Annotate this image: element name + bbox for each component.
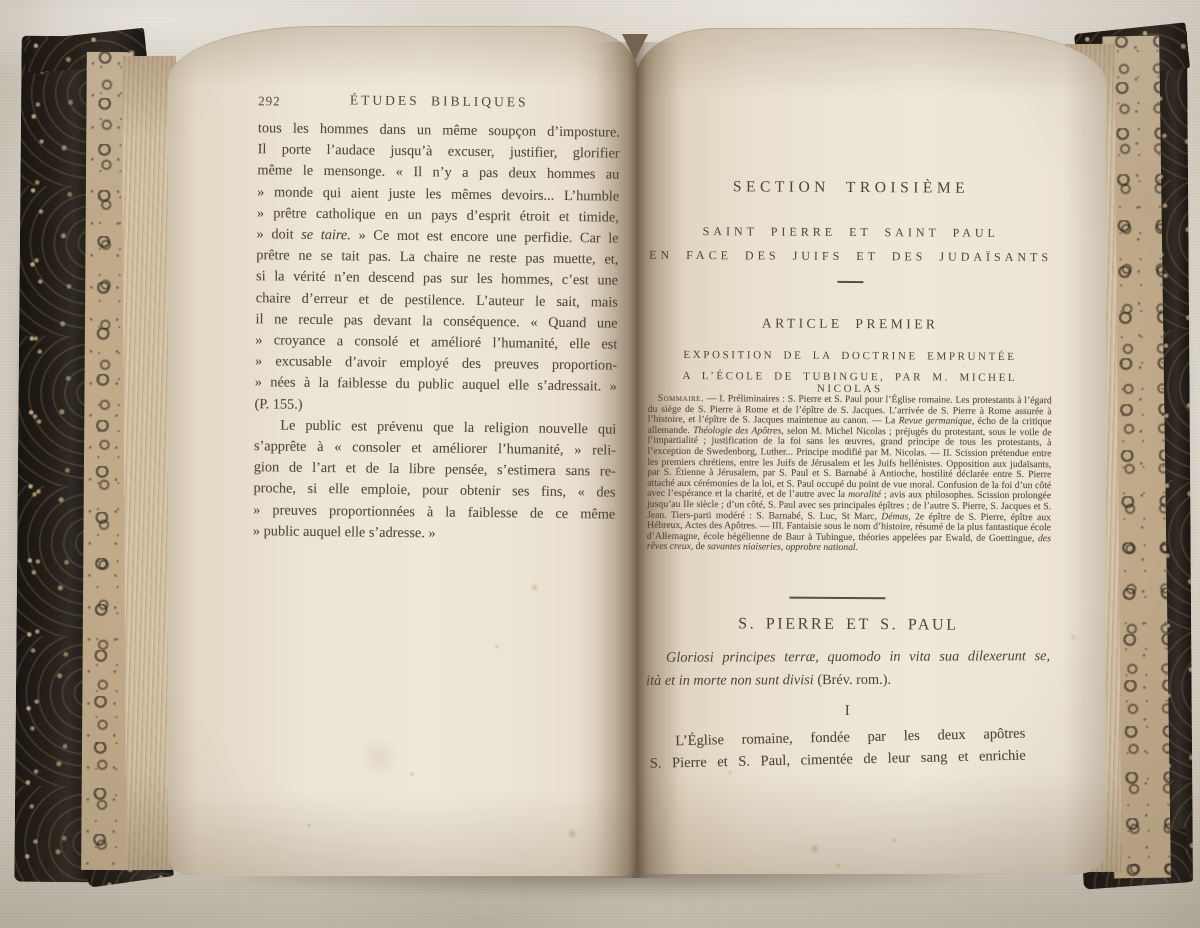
sommaire-abstract: Sommaire. — I. Préliminaires : S. Pierre… xyxy=(647,394,1052,555)
separator-rule-small xyxy=(837,281,863,283)
running-header: ÉTUDES BIBLIQUES xyxy=(350,92,529,109)
italic-text: ità et in morte non sunt divisi xyxy=(646,672,817,689)
text-segment: (Brév. rom.). xyxy=(817,672,891,688)
text-line: ità et in morte non sunt divisi (Brév. r… xyxy=(646,668,1050,693)
italic-text: opprobre national xyxy=(786,542,856,553)
article-subtitle-line1: EXPOSITION DE LA DOCTRINE EMPRUNTÉE xyxy=(648,349,1052,363)
text-line: Gloriosi principes terræ, quomodo in vit… xyxy=(646,645,1050,670)
page-number: 292 xyxy=(258,93,281,109)
left-page-text: 292 ÉTUDES BIBLIQUES tous les hommes dan… xyxy=(162,24,642,879)
section-subtitle-line2: EN FACE DES JUIFS ET DES JUDAÏSANTS xyxy=(649,248,1053,265)
separator-rule-large xyxy=(790,597,886,599)
small-caps-label: Sommaire. xyxy=(658,393,704,404)
article-heading: ARTICLE PREMIER xyxy=(648,315,1052,333)
right-page: SECTION TROISIÈME SAINT PIERRE ET SAINT … xyxy=(636,28,1106,874)
section-subtitle-line1: SAINT PIERRE ET SAINT PAUL xyxy=(649,224,1053,241)
left-page-body: tous les hommes dans un même soupçon d’i… xyxy=(253,118,620,546)
text-line: » public auquel elle s’adresse. » xyxy=(253,521,615,547)
chapter-heading: S. PIERRE ET S. PAUL xyxy=(646,615,1050,635)
italic-text: moralité xyxy=(848,489,881,500)
gutter-notch-shadow xyxy=(622,34,648,60)
book-photo-scene: 292 ÉTUDES BIBLIQUES tous les hommes dan… xyxy=(0,0,1200,928)
text-segment: . xyxy=(856,542,858,553)
section-heading: SECTION TROISIÈME xyxy=(649,178,1053,198)
italic-text: Démas xyxy=(881,511,908,522)
italic-text: Gloriosi principes terræ, quomodo in vit… xyxy=(666,648,1050,666)
italic-text: savantes niaiseries xyxy=(707,541,781,552)
roman-numeral: I xyxy=(646,702,1050,721)
text-segment: , de xyxy=(691,541,707,552)
paragraph-second: Le public est prévenu que la religion no… xyxy=(253,415,617,547)
text-line: » nées à la faiblesse du public auquel e… xyxy=(255,373,617,399)
page-header: 292 ÉTUDES BIBLIQUES xyxy=(258,91,620,111)
paragraph-continuation: tous les hommes dans un même soupçon d’i… xyxy=(254,118,620,419)
italic-text: se taire. xyxy=(301,227,351,244)
left-page: 292 ÉTUDES BIBLIQUES tous les hommes dan… xyxy=(168,26,638,876)
latin-epigraph: Gloriosi principes terræ, quomodo in vit… xyxy=(646,645,1050,693)
right-page-body: L’Église romaine, fondée par les deux ap… xyxy=(649,723,1026,775)
